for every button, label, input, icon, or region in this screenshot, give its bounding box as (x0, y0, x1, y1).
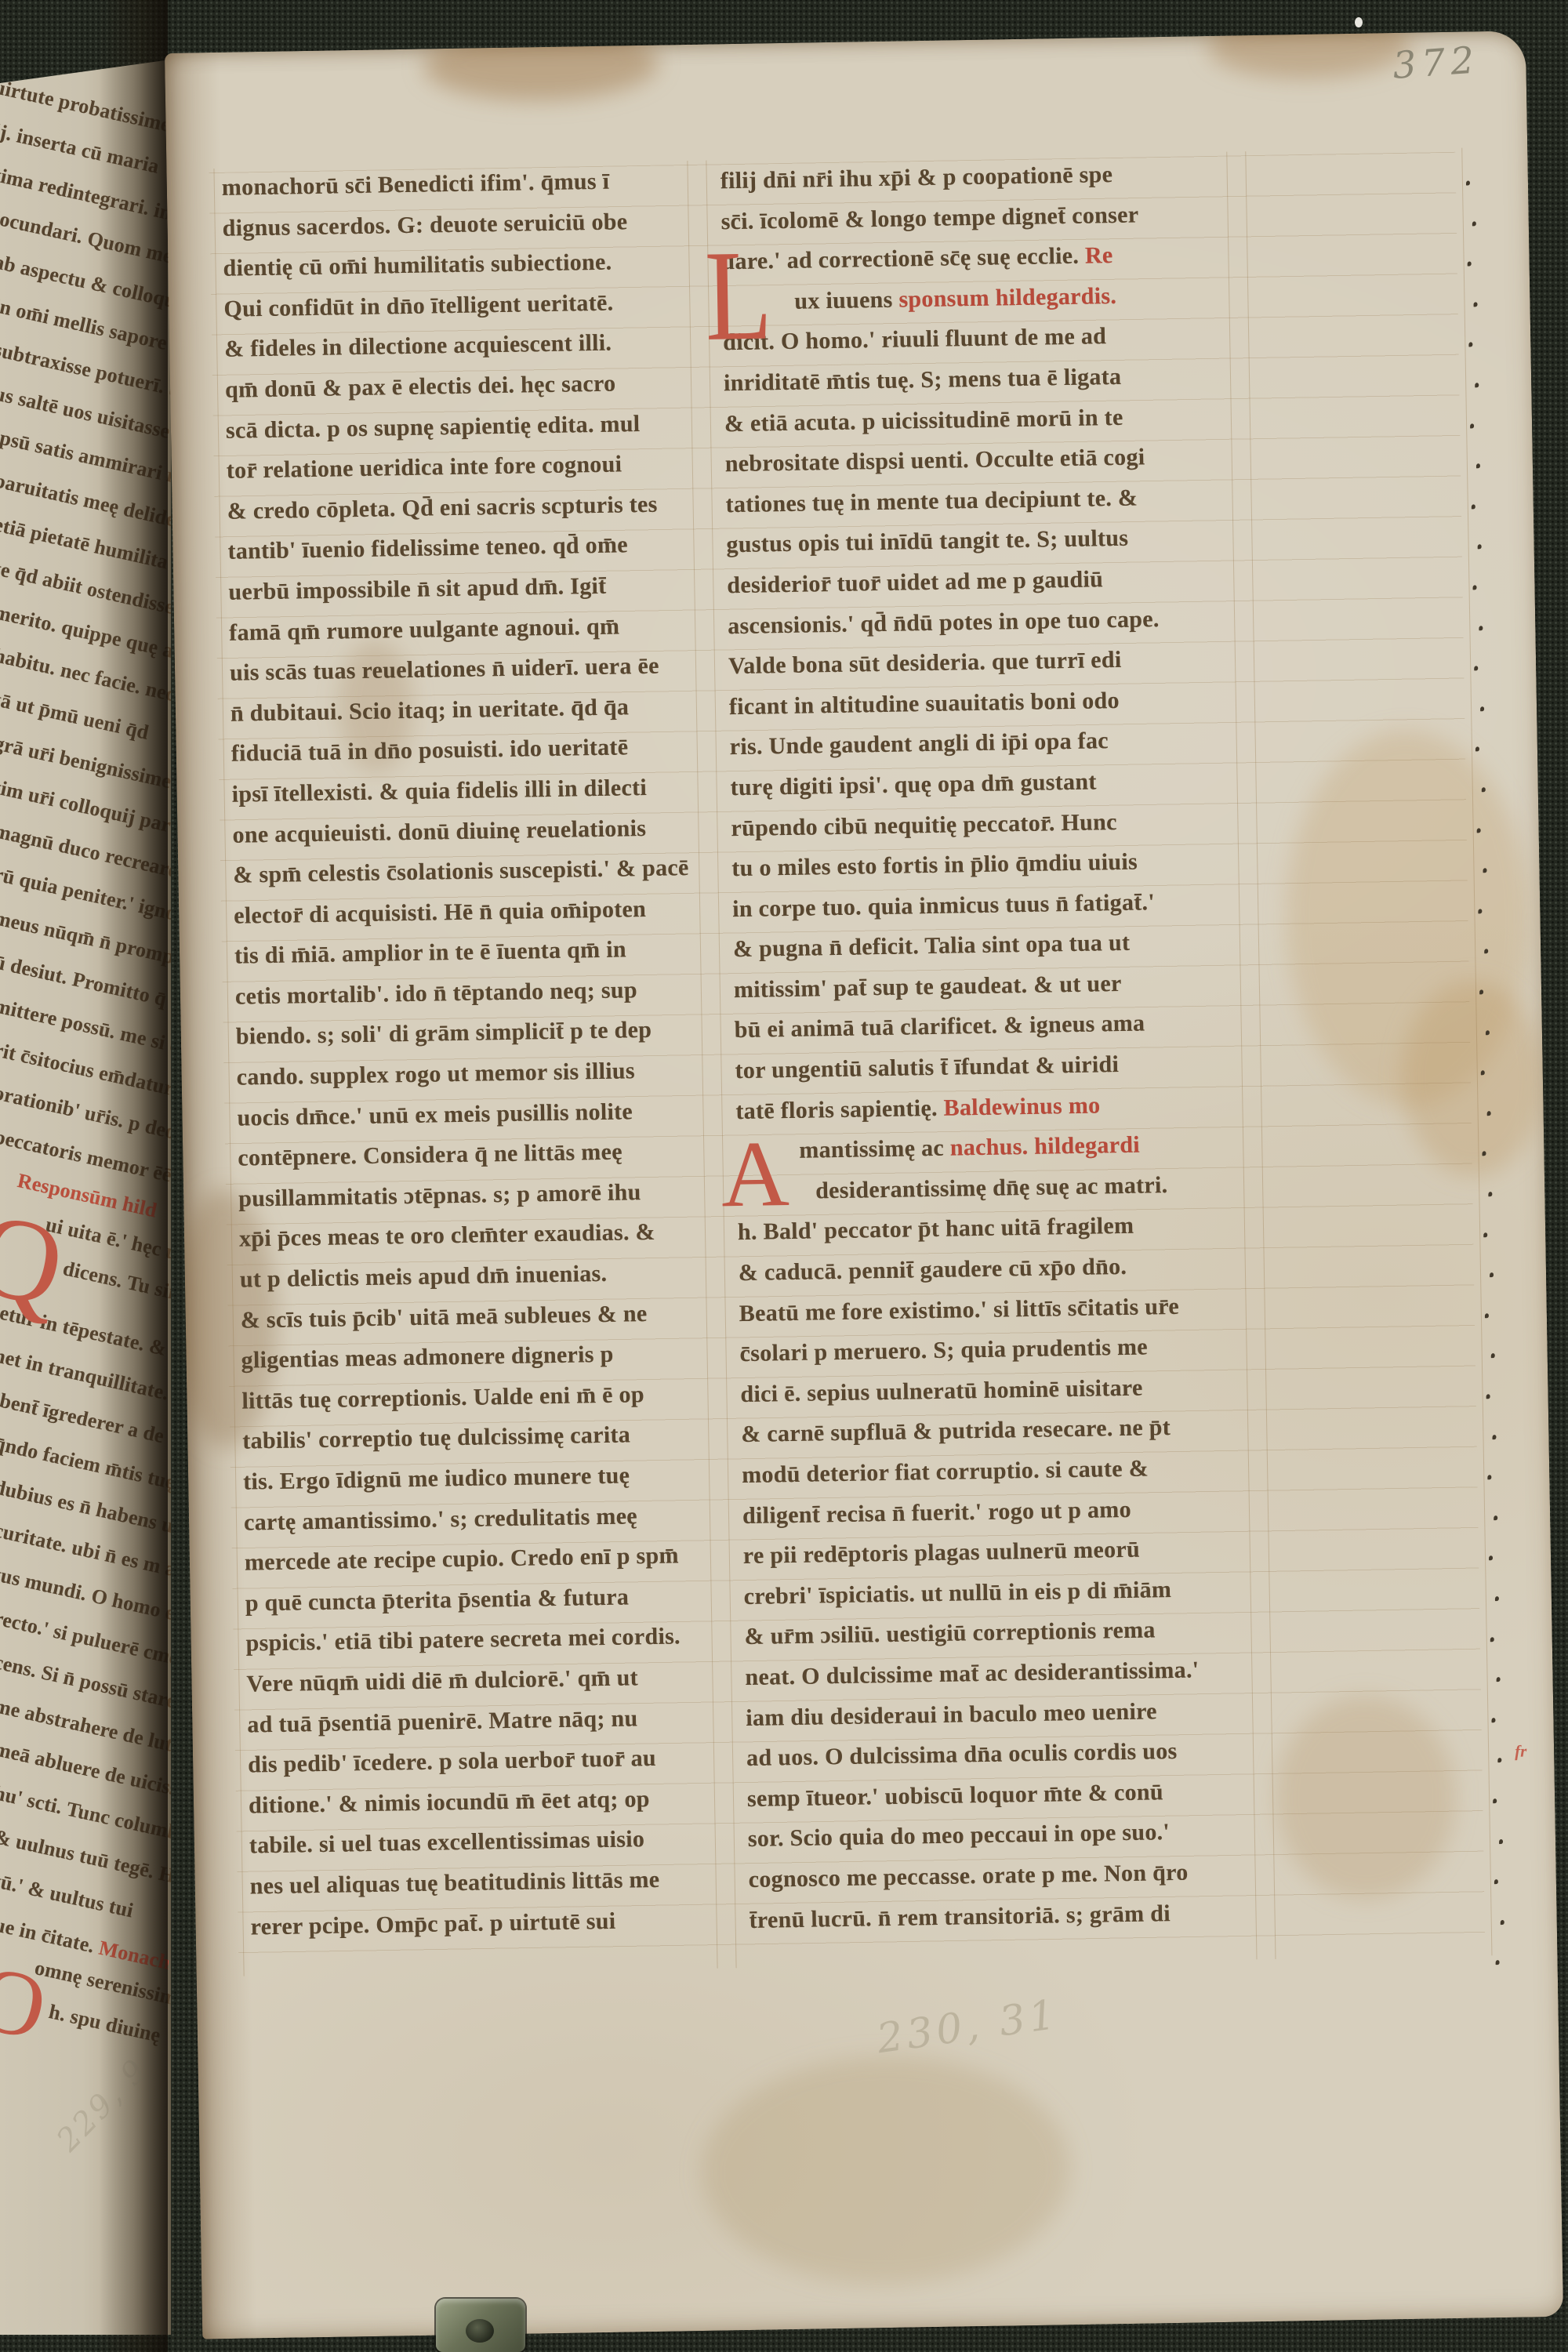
pencil-note-bottom: 230, 31 (874, 1991, 1062, 2063)
pricking-dot (1475, 747, 1479, 752)
body-text: turę digiti ipsi'. quę opa dm̄ gustant (730, 768, 1097, 800)
body-text: cartę amantissimo.' s; credulitatis meę (244, 1503, 637, 1535)
pricking-dot (1487, 1475, 1491, 1479)
pricking-dot (1487, 1111, 1491, 1116)
body-text: tor̄ relatione ueridica inte fore cognou… (227, 452, 622, 484)
pricking-dot (1496, 1960, 1500, 1965)
pricking-dot (1480, 706, 1484, 711)
body-text: gustus opis tui inīdū tangit te. S; uult… (726, 525, 1128, 557)
pricking-dot (1488, 1192, 1492, 1196)
text-line: t̄renū lucrū. n̄ rem transitoriā. s; grā… (749, 1899, 1269, 1948)
body-text: mitissim' pat̄ sup te gaudeat. & ut uer (734, 971, 1122, 1003)
body-text: monachorū sc̄i Benedicti ifim'. q̄mus ī (222, 169, 610, 201)
pricking-dot (1490, 1272, 1494, 1277)
body-text: littās tuę correptionis. Ualde eni m̄ ē … (241, 1381, 644, 1414)
pricking-dot (1470, 423, 1474, 428)
rubric-text: nachus. hildegardi (950, 1132, 1141, 1161)
text-column-right: filij dn̄i nr̄i ihu xp̄i & p coopationē … (720, 159, 1269, 1947)
body-text: inriditatē m̄tis tuę. S; mens tua ē liga… (724, 364, 1122, 396)
pricking-dot (1475, 383, 1479, 387)
pricking-dot (1472, 585, 1476, 590)
rubric-initial-o: O (0, 1951, 54, 2056)
rubric-text: Re (1085, 242, 1113, 269)
body-text: ut p delictis meis apud dm̄ inuenias. (240, 1261, 608, 1293)
body-text: dicit. O homo.' riuuli fluunt de me ad (723, 324, 1106, 356)
pricking-dot (1495, 1596, 1499, 1601)
body-text: Valde bona sūt desideria. que turrī edi (728, 647, 1122, 679)
body-text: Vere nūqm̄ uidi diē m̄ dulciorē.' qm̄ ut (246, 1664, 638, 1697)
body-text: famā qm̄ rumore uulgante agnoui. qm̄ (229, 613, 619, 645)
pricking-dot (1476, 463, 1480, 468)
rubric-initial-l: L (704, 231, 773, 362)
pricking-dot (1497, 1758, 1501, 1762)
body-text: tatē floris sapientię. (735, 1094, 944, 1123)
body-text: ad tuā p̄sentiā puenirē. Matre nāq; nu (247, 1705, 638, 1737)
rubric-initial-a: A (720, 1127, 790, 1221)
body-text: uare.' ad correctionē sc̄ę suę ecclie. (721, 243, 1085, 275)
pricking-dot (1490, 1637, 1494, 1642)
manuscript-page: monachorū sc̄i Benedicti ifim'. q̄mus īd… (165, 31, 1563, 2339)
body-text: dientię cū om̄i humilitatis subiectione. (223, 249, 612, 281)
text-column-left: monachorū sc̄i Benedicti ifim'. q̄mus īd… (222, 167, 722, 1955)
body-text: qm̄ donū & pax ē electis dei. hęc sacro (225, 370, 616, 402)
body-text: tantib' īuenio fidelissime teneo. qd̄ om… (227, 532, 628, 564)
pricking-dot (1486, 1030, 1490, 1035)
pricking-dot (1474, 666, 1478, 671)
pricking-dot (1494, 1879, 1498, 1884)
body-text: tabilis' correptio tuę dulcissimę carita (242, 1422, 630, 1454)
gutter-shadow (99, 0, 168, 2352)
pricking-dot (1497, 1677, 1501, 1682)
pricking-dot (1489, 1556, 1493, 1561)
pricking-dot (1468, 262, 1472, 267)
body-text: tor ungentiū salutis t̄ īfundat & uiridi (735, 1051, 1119, 1083)
pricking-dot (1492, 1435, 1496, 1439)
pricking-dot (1501, 1920, 1504, 1925)
body-text: uocis dm̄ce.' unū ex meis pusillis nolit… (237, 1098, 633, 1131)
pricking-dot (1479, 626, 1483, 630)
body-text: ficant in altitudine suauitatis boni odo (729, 688, 1120, 720)
pricking-dot (1499, 1839, 1503, 1844)
pricking-dot (1478, 909, 1482, 913)
pricking-dot (1485, 1313, 1489, 1318)
fabric-speck (1355, 17, 1363, 27)
body-text: cetis mortalib'. ido n̄ tēptando neq; su… (235, 977, 637, 1009)
manuscript-photo: { "manuscript": { "folio_number": "372",… (0, 0, 1568, 2352)
body-text: ditione.' & nimis iocundū m̄ ēet atq; op (249, 1786, 650, 1818)
pricking-dot (1491, 1353, 1495, 1358)
pricking-dot (1494, 1515, 1497, 1520)
body-text: ux iuuens (794, 286, 899, 314)
body-text: p quē cuncta p̄terita p̄sentia & futura (245, 1584, 630, 1616)
body-text: tis. Ergo īdignū me iudico munere tuę (243, 1462, 630, 1494)
body-text: gligentias meas admonere digneris p (241, 1341, 613, 1374)
body-text: fiduciā tuā in dn̄o posuisti. ido uerita… (231, 735, 629, 767)
body-text: filij dn̄i nr̄i ihu xp̄i & p coopationē … (720, 162, 1113, 194)
pricking-dot (1468, 343, 1472, 347)
body-text: & etiā acuta. p uicissitudinē morū in te (724, 404, 1123, 436)
body-text: diligent̄ recisa n̄ fuerit.' rogo ut p a… (742, 1496, 1131, 1528)
pricking-dot (1479, 989, 1483, 994)
pricking-dot (1483, 1232, 1487, 1237)
body-text: tabile. si uel tuas excellentissimas uis… (249, 1827, 645, 1859)
body-text: rūpendo cibū nequitię peccator̄. Hunc (731, 808, 1117, 840)
pricking-dot (1478, 545, 1482, 550)
body-text: mantissimę ac (799, 1135, 950, 1163)
stain (423, 31, 659, 102)
text-line: rerer pcipe. Omp̄c pat̄. p uirtutē sui (250, 1906, 721, 1955)
pricking-dot (1466, 180, 1470, 185)
stain (700, 2053, 1073, 2287)
rubric-text: sponsum hildegardis. (898, 283, 1116, 313)
folio-number-pencil: 372 (1392, 38, 1481, 87)
body-text: re pii redēptoris plagas uulnerū meorū (743, 1537, 1141, 1569)
binding-clasp (436, 2299, 525, 2352)
red-margin-mark: fr (1515, 1741, 1527, 1761)
body-text: tis di m̄iā. amplior in te ē īuenta qm̄ … (234, 937, 626, 969)
body-text: ris. Unde gaudent angli di ip̄i opa fac (729, 728, 1109, 760)
pricking-dot (1472, 504, 1475, 509)
pricking-dot (1486, 1394, 1490, 1399)
pricking-dot (1473, 302, 1477, 307)
body-text: desiderantissimę dn̄ę suę ac matri. (815, 1172, 1168, 1203)
body-text: contēpnere. Considera q̄ ne littās meę (238, 1139, 622, 1171)
pricking-dot (1477, 828, 1481, 833)
body-text: & fideles in dilectione acquiescent illi… (224, 330, 612, 362)
pricking-dot (1491, 1718, 1495, 1722)
pricking-dot (1493, 1798, 1497, 1803)
body-text: n̄ dubitaui. Scio itaq; in ueritate. q̄d… (230, 694, 630, 726)
rubric-text: Baldewinus mo (943, 1092, 1100, 1120)
body-text: uerbū impossibile n̄ sit apud dm̄. Igit̄ (228, 573, 607, 605)
rubric-initial-q: Q (0, 1193, 74, 1327)
pricking-dot (1472, 221, 1476, 226)
body-text: desiderior̄ tuor̄ uidet ad me p gaudiū (727, 566, 1103, 598)
body-text: cando. supplex rogo ut memor sis illius (236, 1058, 635, 1090)
body-text: & pugna n̄ deficit. Talia sint opa tua u… (733, 930, 1131, 962)
body-text: Qui confidūt in dn̄o ītelligent ueritatē… (223, 289, 613, 321)
body-text: rerer pcipe. Omp̄c pat̄. p uirtutē sui (250, 1907, 615, 1940)
body-text: h. Bald' peccator p̄t hanc uitā fragilem (738, 1213, 1134, 1245)
stain (1207, 31, 1411, 80)
pricking-dot (1482, 787, 1486, 792)
body-text: & caducā. pennit̄ gaudere cū xp̄o dn̄o. (739, 1254, 1127, 1286)
clasp-core (466, 2319, 494, 2343)
